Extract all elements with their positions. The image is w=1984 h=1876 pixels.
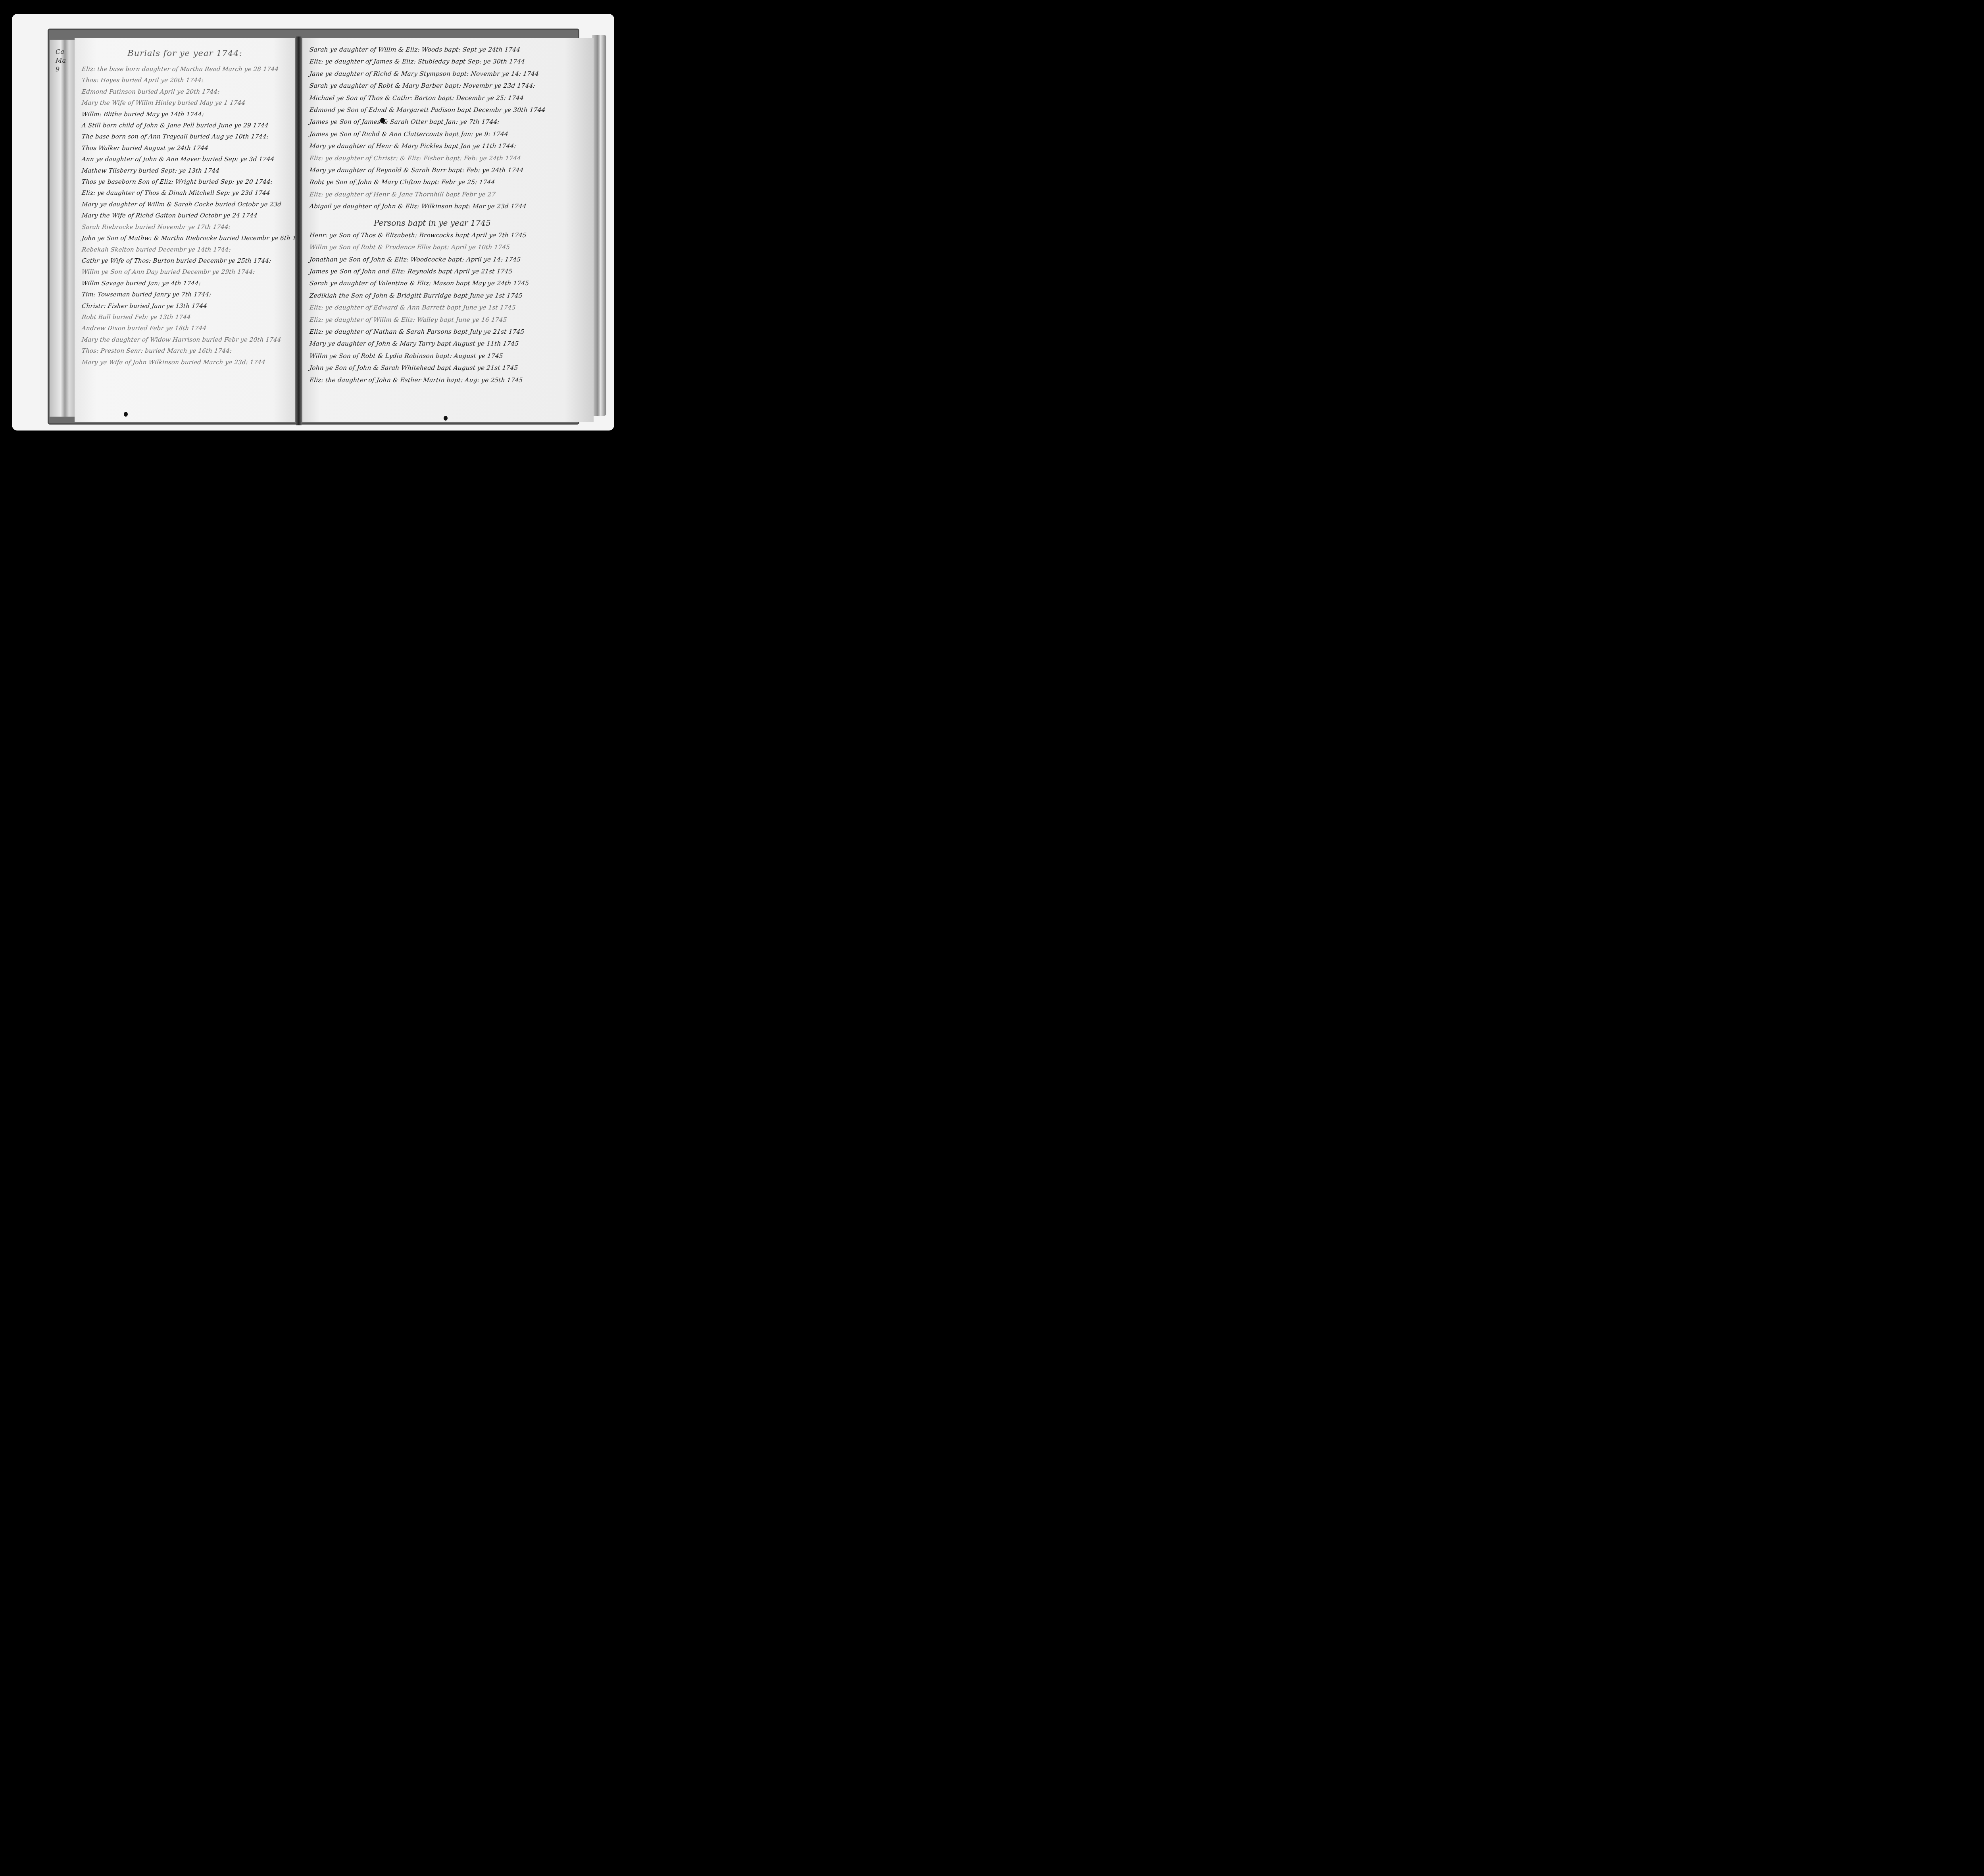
register-entry: Mary the daughter of Widow Harrison buri… (81, 334, 290, 345)
register-entry: Christr: Fisher buried Janr ye 13th 1744 (81, 300, 290, 311)
register-entry: John ye Son of Mathw: & Martha Riebrocke… (81, 233, 290, 244)
register-entry: Eliz: ye daughter of Willm & Eliz: Walle… (309, 314, 588, 326)
register-entry: Rebekah Skelton buried Decembr ye 14th 1… (81, 244, 290, 255)
register-entry: Sarah ye daughter of Valentine & Eliz: M… (309, 277, 588, 289)
register-entry: Mary ye daughter of Willm & Sarah Cocke … (81, 199, 290, 210)
register-entry: Sarah ye daughter of Robt & Mary Barber … (309, 80, 588, 92)
register-entry: Robt ye Son of John & Mary Clifton bapt:… (309, 176, 588, 188)
register-entry: Mathew Tilsberry buried Sept: ye 13th 17… (81, 165, 290, 176)
register-entry: Mary the Wife of Willm Hinley buried May… (81, 97, 290, 108)
register-entry: Sarah Riebrocke buried Novembr ye 17th 1… (81, 221, 290, 233)
ink-blot (444, 416, 448, 421)
register-entry: Thos: Hayes buried April ye 20th 1744: (81, 75, 290, 86)
register-entry: Mary the Wife of Richd Gaiton buried Oct… (81, 210, 290, 221)
register-entry: Edmond ye Son of Edmd & Margarett Padiso… (309, 104, 588, 116)
register-entry: Zedikiah the Son of John & Bridgitt Burr… (309, 290, 588, 302)
register-entry: Thos Walker buried August ye 24th 1744 (81, 142, 290, 154)
register-entry: Eliz: the base born daughter of Martha R… (81, 63, 290, 75)
register-entry: A Still born child of John & Jane Pell b… (81, 120, 290, 131)
baptism-list-1745: Henr: ye Son of Thos & Elizabeth: Browco… (302, 229, 594, 386)
register-entry: Henr: ye Son of Thos & Elizabeth: Browco… (309, 229, 588, 241)
baptism-list-1744: Sarah ye daughter of Willm & Eliz: Woods… (302, 44, 594, 213)
left-page-burials: Burials for ye year 1744: Eliz: the base… (75, 38, 295, 422)
margin-notes: Ca Ma 9 (56, 48, 71, 74)
register-entry: James ye Son of John and Eliz: Reynolds … (309, 265, 588, 277)
register-entry: Thos ye baseborn Son of Eliz: Wright bur… (81, 176, 290, 187)
register-entry: Willm: Blithe buried May ye 14th 1744: (81, 109, 290, 120)
burial-list: Eliz: the base born daughter of Martha R… (75, 63, 295, 368)
margin-note: Ma (56, 56, 71, 65)
register-entry: Jonathan ye Son of John & Eliz: Woodcock… (309, 254, 588, 265)
ink-blot (380, 118, 385, 123)
register-entry: Jane ye daughter of Richd & Mary Stympso… (309, 68, 588, 80)
register-entry: Michael ye Son of Thos & Cathr: Barton b… (309, 92, 588, 104)
margin-note: Ca (56, 48, 71, 56)
register-entry: Willm ye Son of Ann Day buried Decembr y… (81, 266, 290, 277)
register-entry: Eliz: ye daughter of Christr: & Eliz: Fi… (309, 152, 588, 164)
register-entry: James ye Son of Richd & Ann Clattercouts… (309, 128, 588, 140)
register-entry: Mary ye daughter of Henr & Mary Pickles … (309, 140, 588, 152)
right-page-baptisms: Sarah ye daughter of Willm & Eliz: Woods… (302, 38, 594, 422)
margin-note: 9 (56, 65, 71, 74)
register-entry: John ye Son of John & Sarah Whitehead ba… (309, 362, 588, 374)
right-binding-edge (592, 35, 606, 416)
register-entry: Tim: Towseman buried Janry ye 7th 1744: (81, 289, 290, 300)
register-entry: Eliz: ye daughter of James & Eliz: Stubl… (309, 56, 588, 67)
register-entry: Abigail ye daughter of John & Eliz: Wilk… (309, 200, 588, 212)
register-entry: The base born son of Ann Traycall buried… (81, 131, 290, 142)
register-entry: Andrew Dixon buried Febr ye 18th 1744 (81, 323, 290, 334)
register-entry: Eliz: ye daughter of Edward & Ann Barret… (309, 302, 588, 313)
register-entry: Eliz: ye daughter of Thos & Dinah Mitche… (81, 187, 290, 198)
register-entry: Mary ye daughter of Reynold & Sarah Burr… (309, 164, 588, 176)
register-entry: Eliz: the daughter of John & Esther Mart… (309, 374, 588, 386)
page-title: Burials for ye year 1744: (75, 48, 295, 58)
ink-blot (124, 412, 128, 417)
register-entry: Sarah ye daughter of Willm & Eliz: Woods… (309, 44, 588, 56)
left-binding-edge (50, 40, 77, 417)
register-entry: Ann ye daughter of John & Ann Maver buri… (81, 154, 290, 165)
register-entry: James ye Son of James & Sarah Otter bapt… (309, 116, 588, 128)
register-entry: Cathr ye Wife of Thos: Burton buried Dec… (81, 255, 290, 266)
register-entry: Mary ye daughter of John & Mary Tarry ba… (309, 338, 588, 350)
book-gutter (296, 37, 302, 425)
register-entry: Eliz: ye daughter of Henr & Jane Thornhi… (309, 188, 588, 200)
register-entry: Willm ye Son of Robt & Lydia Robinson ba… (309, 350, 588, 362)
register-entry: Robt Bull buried Feb: ye 13th 1744 (81, 311, 290, 323)
register-entry: Eliz: ye daughter of Nathan & Sarah Pars… (309, 326, 588, 338)
register-entry: Thos: Preston Senr: buried March ye 16th… (81, 345, 290, 356)
register-entry: Willm Savage buried Jan: ye 4th 1744: (81, 278, 290, 289)
register-entry: Mary ye Wife of John Wilkinson buried Ma… (81, 357, 290, 368)
register-entry: Willm ye Son of Robt & Prudence Ellis ba… (309, 241, 588, 253)
section-title: Persons bapt in ye year 1745 (374, 218, 594, 228)
register-entry: Edmond Patinson buried April ye 20th 174… (81, 86, 290, 97)
